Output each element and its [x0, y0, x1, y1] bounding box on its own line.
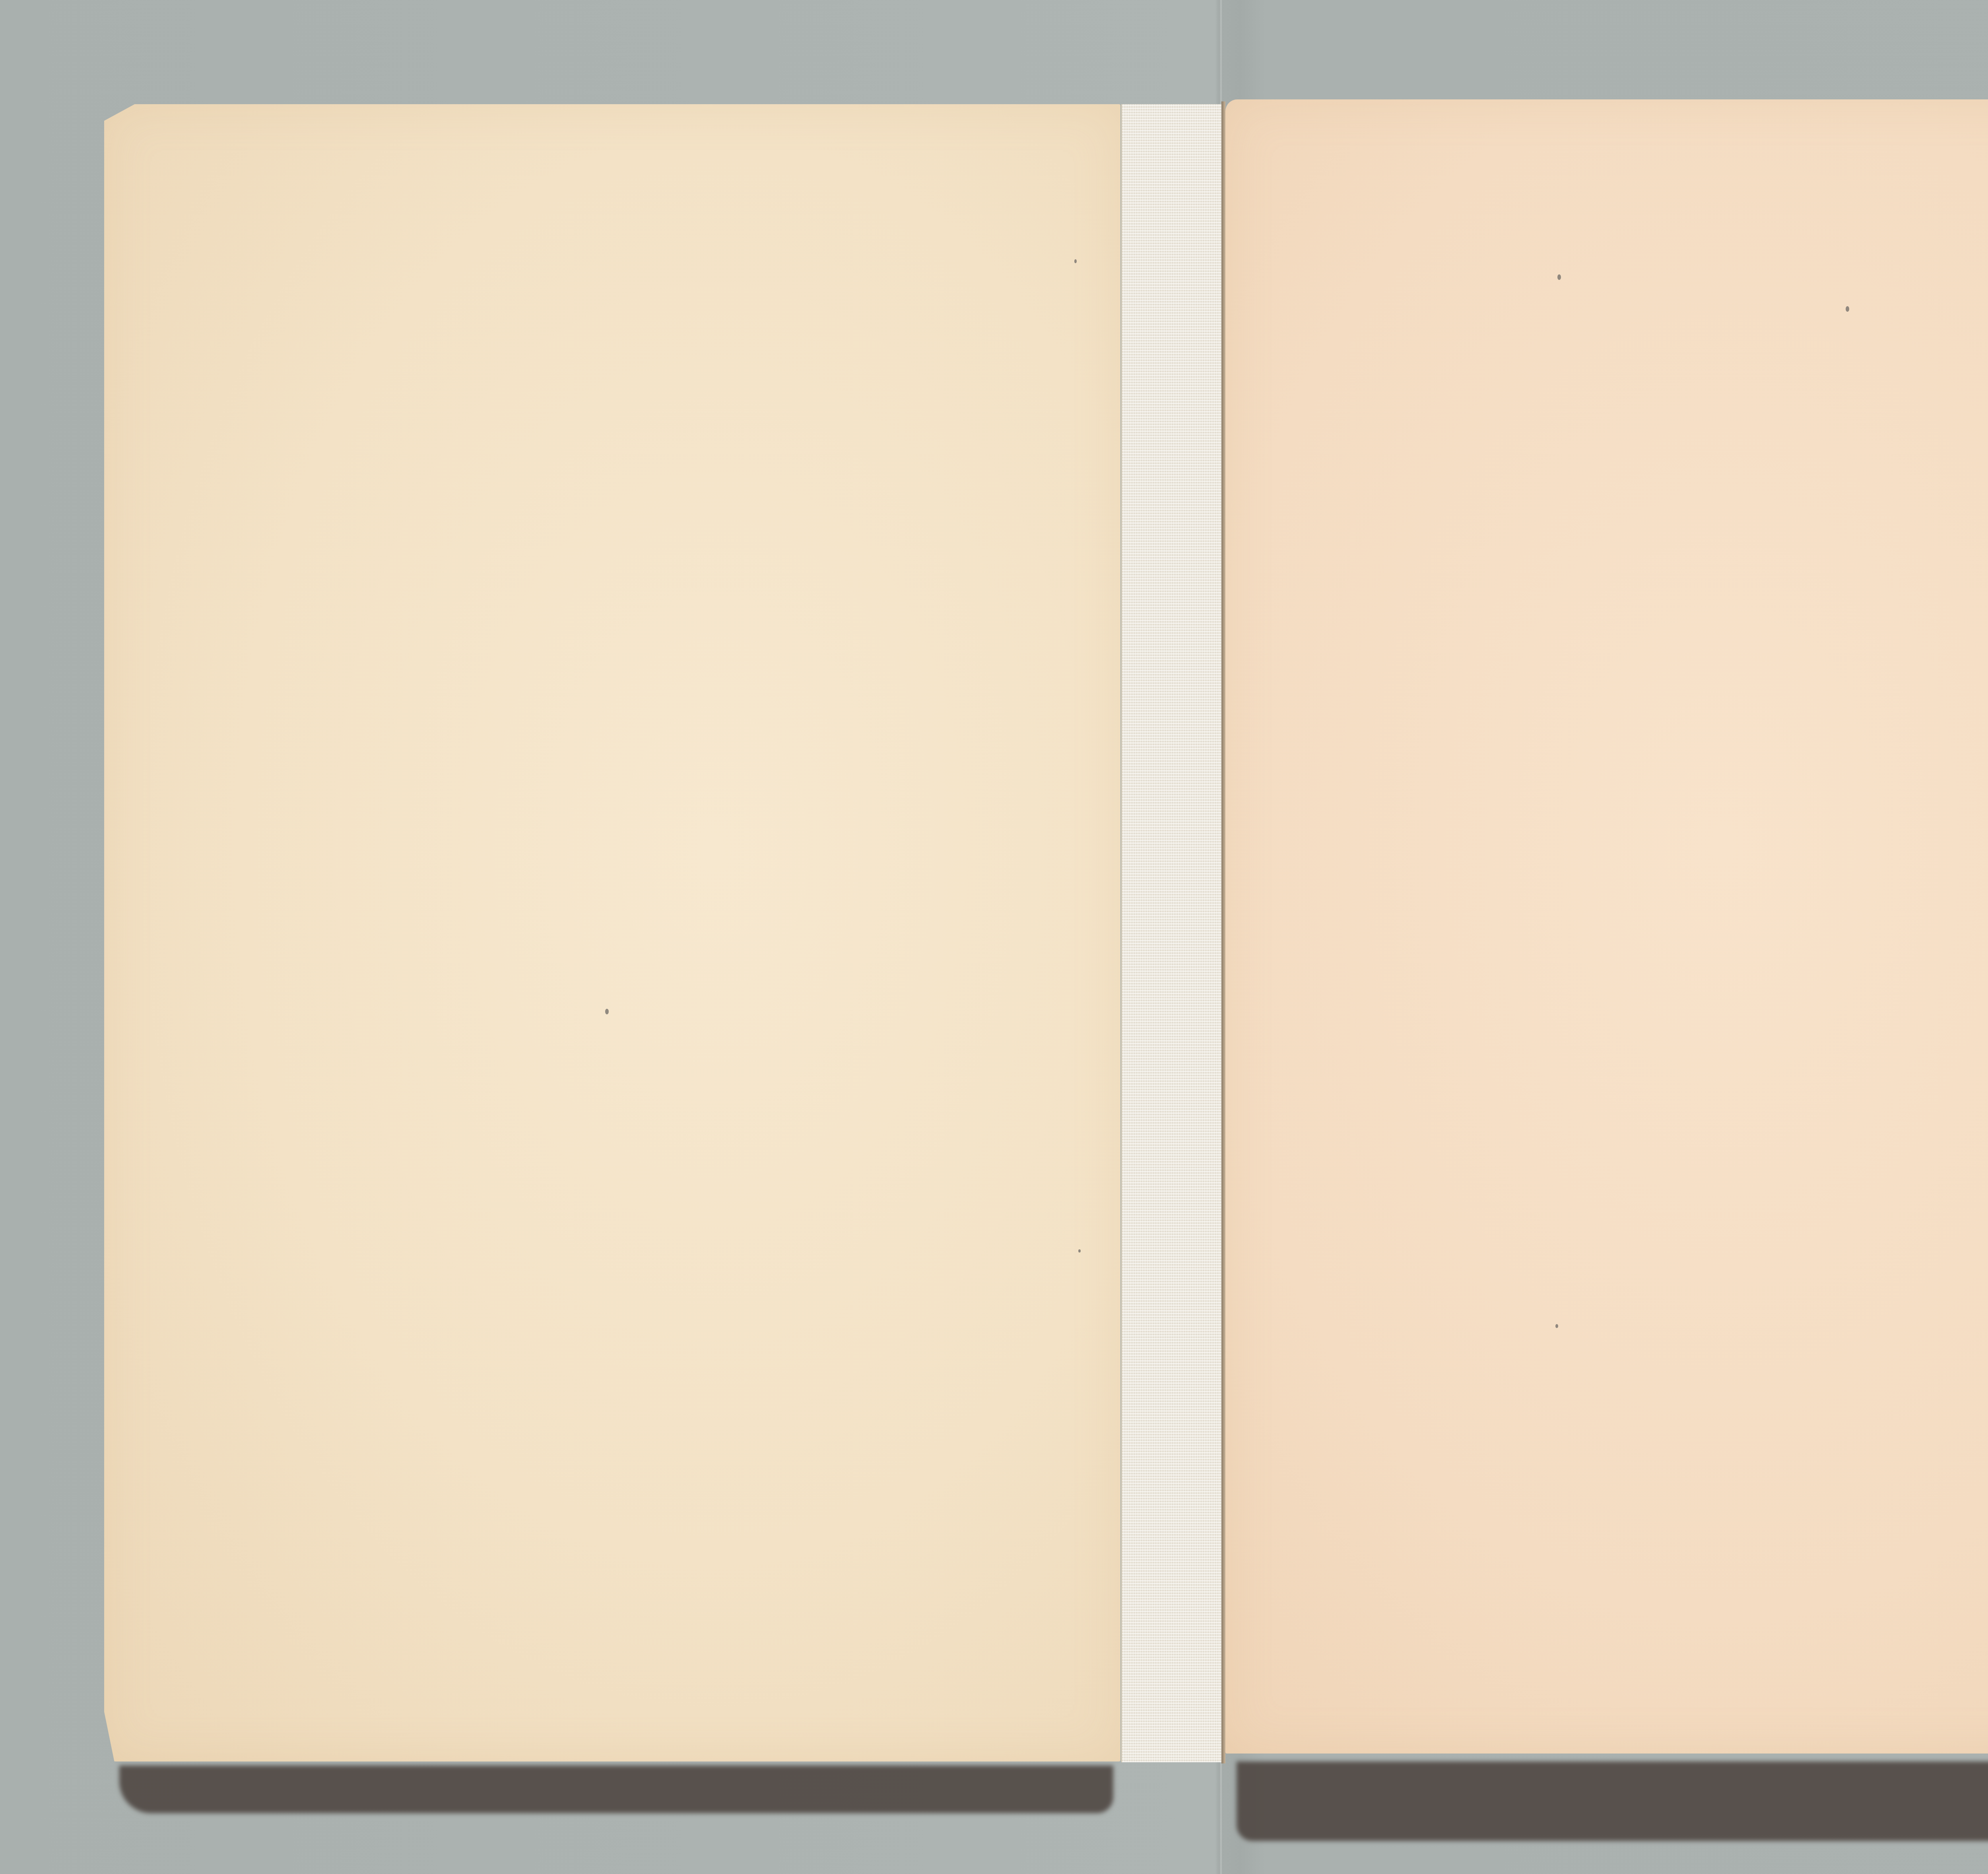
left-page-shadow: [119, 1765, 1113, 1813]
paper-speck: [1078, 1249, 1081, 1253]
right-page-shadow: [1237, 1761, 1988, 1841]
paper-speck: [1557, 274, 1561, 280]
spine-cloth-strip: [1121, 104, 1223, 1762]
paper-speck: [1074, 259, 1077, 263]
paper-speck: [605, 1009, 609, 1014]
paper-speck: [1846, 306, 1849, 312]
gutter: [1221, 101, 1225, 1763]
right-page: [1225, 99, 1988, 1754]
left-page: [104, 104, 1120, 1761]
paper-speck: [1555, 1324, 1558, 1328]
